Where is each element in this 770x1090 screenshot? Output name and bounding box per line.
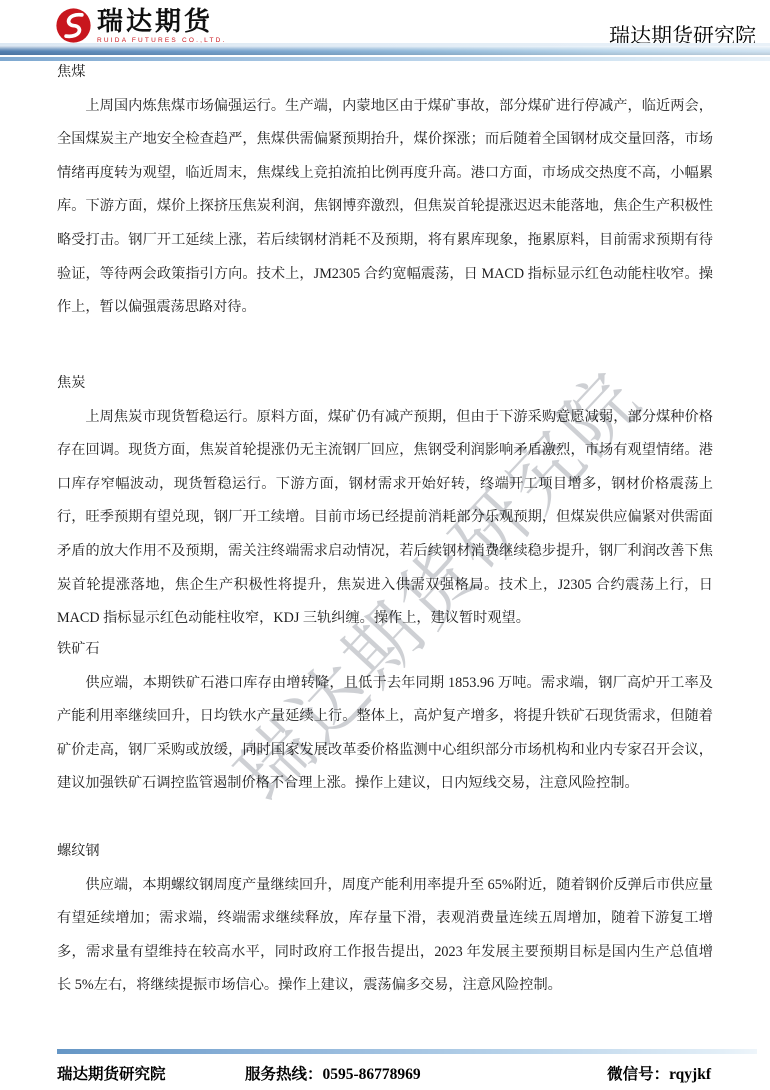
section-rebar: 螺纹钢 供应端，本期螺纹钢周度产量继续回升，周度产能利用率提升至 65%附近，随… [57, 835, 713, 1003]
footer-hotline: 服务热线：0595-86778969 [245, 1062, 421, 1084]
section-paragraph-rebar: 供应端，本期螺纹钢周度产量继续回升，周度产能利用率提升至 65%附近，随着钢价反… [57, 869, 713, 1003]
footer-wechat: 微信号：rqyjkf [607, 1062, 711, 1084]
section-paragraph-iron-ore: 供应端，本期铁矿石港口库存由增转降，且低于去年同期 1853.96 万吨。需求端… [57, 667, 713, 801]
section-paragraph-coke: 上周焦炭市现货暂稳运行。原料方面，煤矿仍有减产预期，但由于下游采购意愿减弱，部分… [57, 401, 713, 636]
section-coke: 焦炭 上周焦炭市现货暂稳运行。原料方面，煤矿仍有减产预期，但由于下游采购意愿减弱… [57, 367, 713, 636]
section-iron-ore: 铁矿石 供应端，本期铁矿石港口库存由增转降，且低于去年同期 1853.96 万吨… [57, 633, 713, 801]
page-header: 瑞达期货 RUIDA FUTURES CO.,LTD. 瑞达期货研究院 [0, 0, 770, 43]
company-logo: 瑞达期货 RUIDA FUTURES CO.,LTD. [55, 7, 227, 44]
section-paragraph-coking-coal: 上周国内炼焦煤市场偏强运行。生产端，内蒙地区由于煤矿事故，部分煤矿进行停减产，临… [57, 90, 713, 325]
section-coking-coal: 焦煤 上周国内炼焦煤市场偏强运行。生产端，内蒙地区由于煤矿事故，部分煤矿进行停减… [57, 56, 713, 325]
footer-org: 瑞达期货研究院 [57, 1062, 166, 1084]
section-heading-coking-coal: 焦煤 [57, 56, 713, 90]
header-divider-main [0, 46, 770, 55]
section-heading-rebar: 螺纹钢 [57, 835, 713, 869]
section-heading-iron-ore: 铁矿石 [57, 633, 713, 667]
page-footer: 瑞达期货研究院 服务热线：0595-86778969 微信号：rqyjkf [57, 1062, 713, 1088]
section-heading-coke: 焦炭 [57, 367, 713, 401]
footer-divider-bar [57, 1049, 757, 1054]
report-page: 瑞达期货 RUIDA FUTURES CO.,LTD. 瑞达期货研究院 瑞达期货… [0, 0, 770, 1090]
ruida-logo-icon [55, 7, 92, 44]
brand-name-cn: 瑞达期货 [97, 7, 227, 35]
logo-text: 瑞达期货 RUIDA FUTURES CO.,LTD. [97, 7, 227, 44]
